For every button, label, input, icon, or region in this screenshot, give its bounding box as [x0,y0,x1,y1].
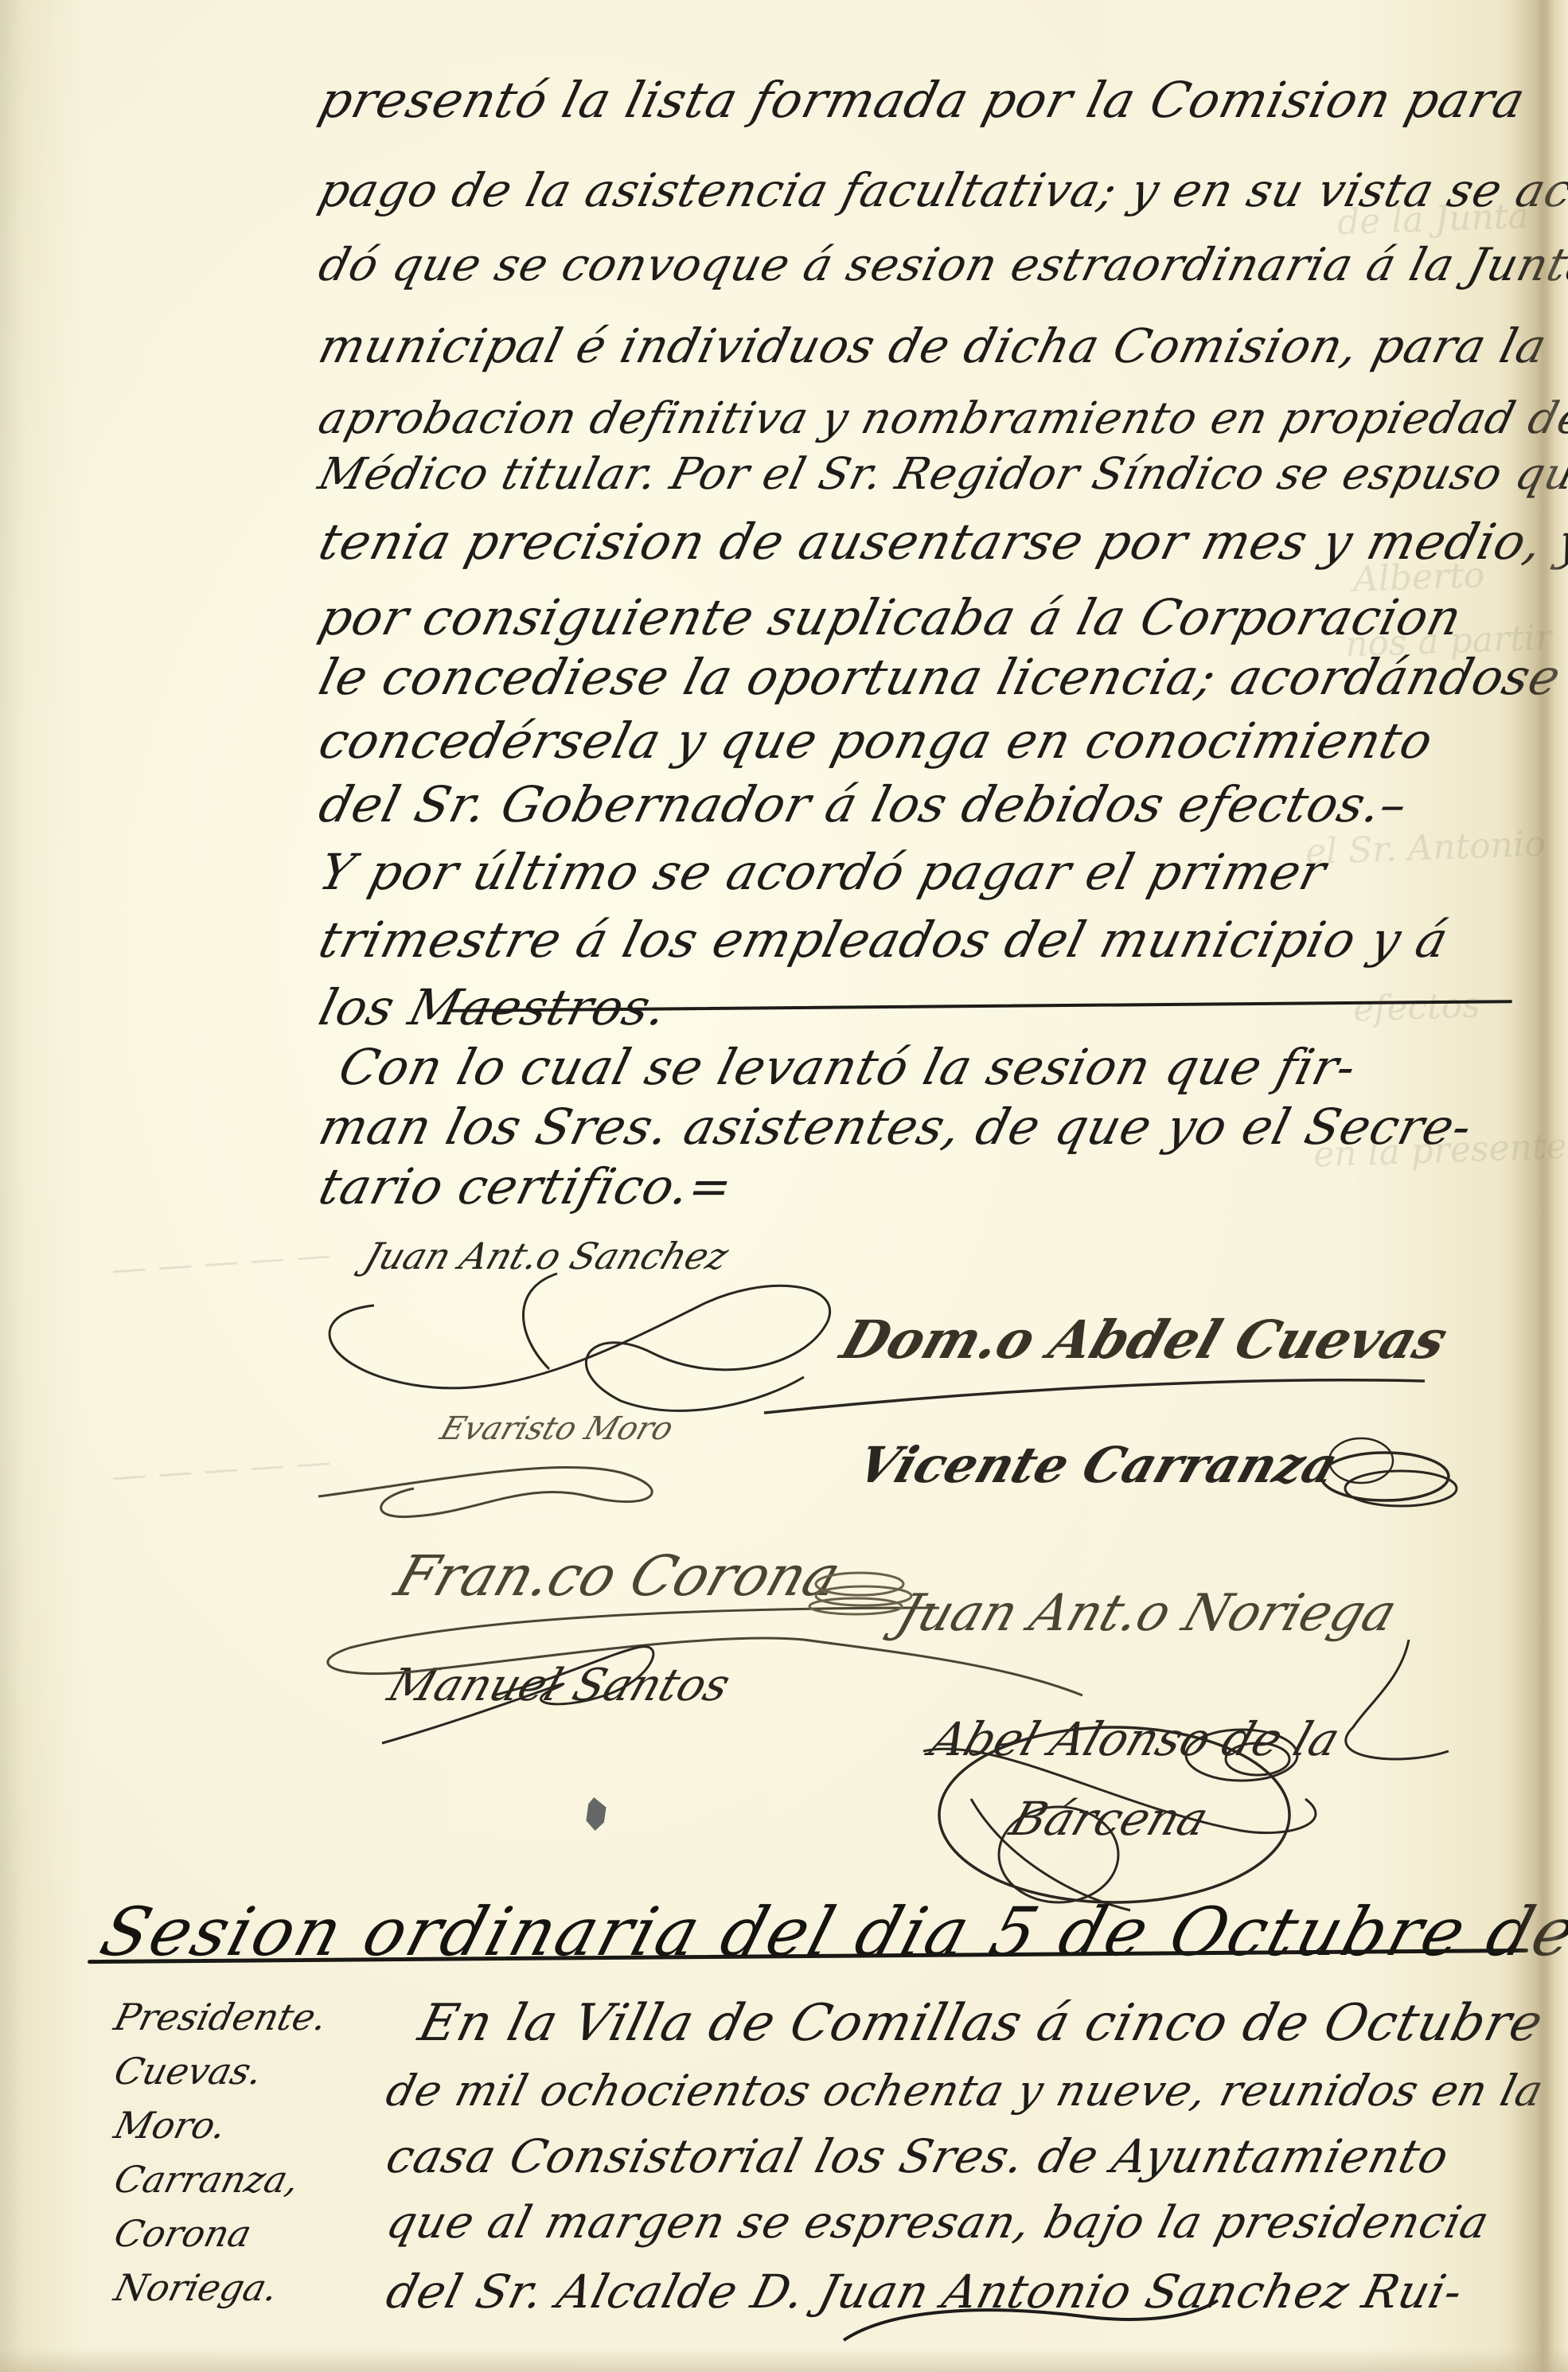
session-line: del Sr. Alcalde D. Juan Antonio Sanchez … [382,2269,1468,2315]
body-line: por consiguiente suplicaba á la Corporac… [314,593,1467,642]
signature: Dom.o Abdel Cuevas [835,1313,1453,1366]
session-line: de mil ochocientos ochenta y nueve, reun… [382,2070,1548,2113]
rubrica-flourish [0,0,1568,1950]
body-line: tenia precision de ausentarse por mes y … [314,517,1568,567]
body-line: tario certifico.= [314,1162,738,1211]
body-line: dó que se convoque á sesion estraordinar… [314,243,1568,288]
bleed-through-text: — — — — — [111,1234,333,1289]
manuscript-page: de la Junta Alberto nos a partir el Sr. … [0,0,1568,2372]
signature: Evaristo Moro [437,1413,677,1445]
body-line: aprobacion definitiva y nombramiento en … [314,396,1568,440]
margin-name: Noriega. [109,2261,385,2315]
margin-name: Moro. [109,2098,385,2152]
attendees-margin: Presidente. Cuevas. Moro. Carranza, Coro… [115,1990,378,2315]
body-line: concedérsela y que ponga en conocimiento [314,716,1438,766]
body-line: pago de la asistencia facultativa; y en … [314,167,1568,213]
session-line: que al margen se espresan, bajo la presi… [382,2201,1493,2245]
signature: Juan Ant.o Noriega [891,1588,1402,1639]
body-line: man los Sres. asistentes, de que yo el S… [314,1102,1477,1152]
signature: Juan Ant.o Sanchez [361,1238,733,1274]
bleed-through-text: efectos [1352,985,1480,1030]
book-spine-shadow [1512,0,1568,2372]
ink-blot [585,1797,607,1831]
margin-label-presidente: Presidente. [109,1990,385,2044]
signature: Abel Alonso de la Bárcena [874,1699,1371,1859]
body-line: del Sr. Gobernador á los debidos efectos… [314,780,1413,829]
signature: Vicente Carranza [852,1441,1344,1490]
signature: Manuel Santos [383,1664,735,1708]
body-line: trimestre á los empleados del municipio … [314,915,1453,965]
body-line: Y por último se acordó pagar el primer [314,848,1332,897]
body-line: Con lo cual se levantó la sesion que fir… [334,1043,1362,1092]
margin-name: Carranza, [109,2152,385,2206]
body-line: le concediese la oportuna licencia; acor… [314,653,1566,702]
body-line: Médico titular. Por el Sr. Regidor Síndi… [314,452,1568,496]
session-line: En la Villa de Comillas á cinco de Octub… [414,1998,1548,2049]
bleed-through-text: — — — — — [111,1441,333,1496]
margin-name: Corona [109,2206,385,2261]
margin-name: Cuevas. [109,2044,385,2098]
body-line: presentó la lista formada por la Comisio… [314,76,1531,125]
page-bottom-edge [0,2348,1568,2372]
signature: Fran.co Corona [389,1548,848,1604]
body-line: municipal é individuos de dicha Comision… [314,322,1552,369]
session-line: casa Consistorial los Sres. de Ayuntamie… [382,2133,1453,2179]
